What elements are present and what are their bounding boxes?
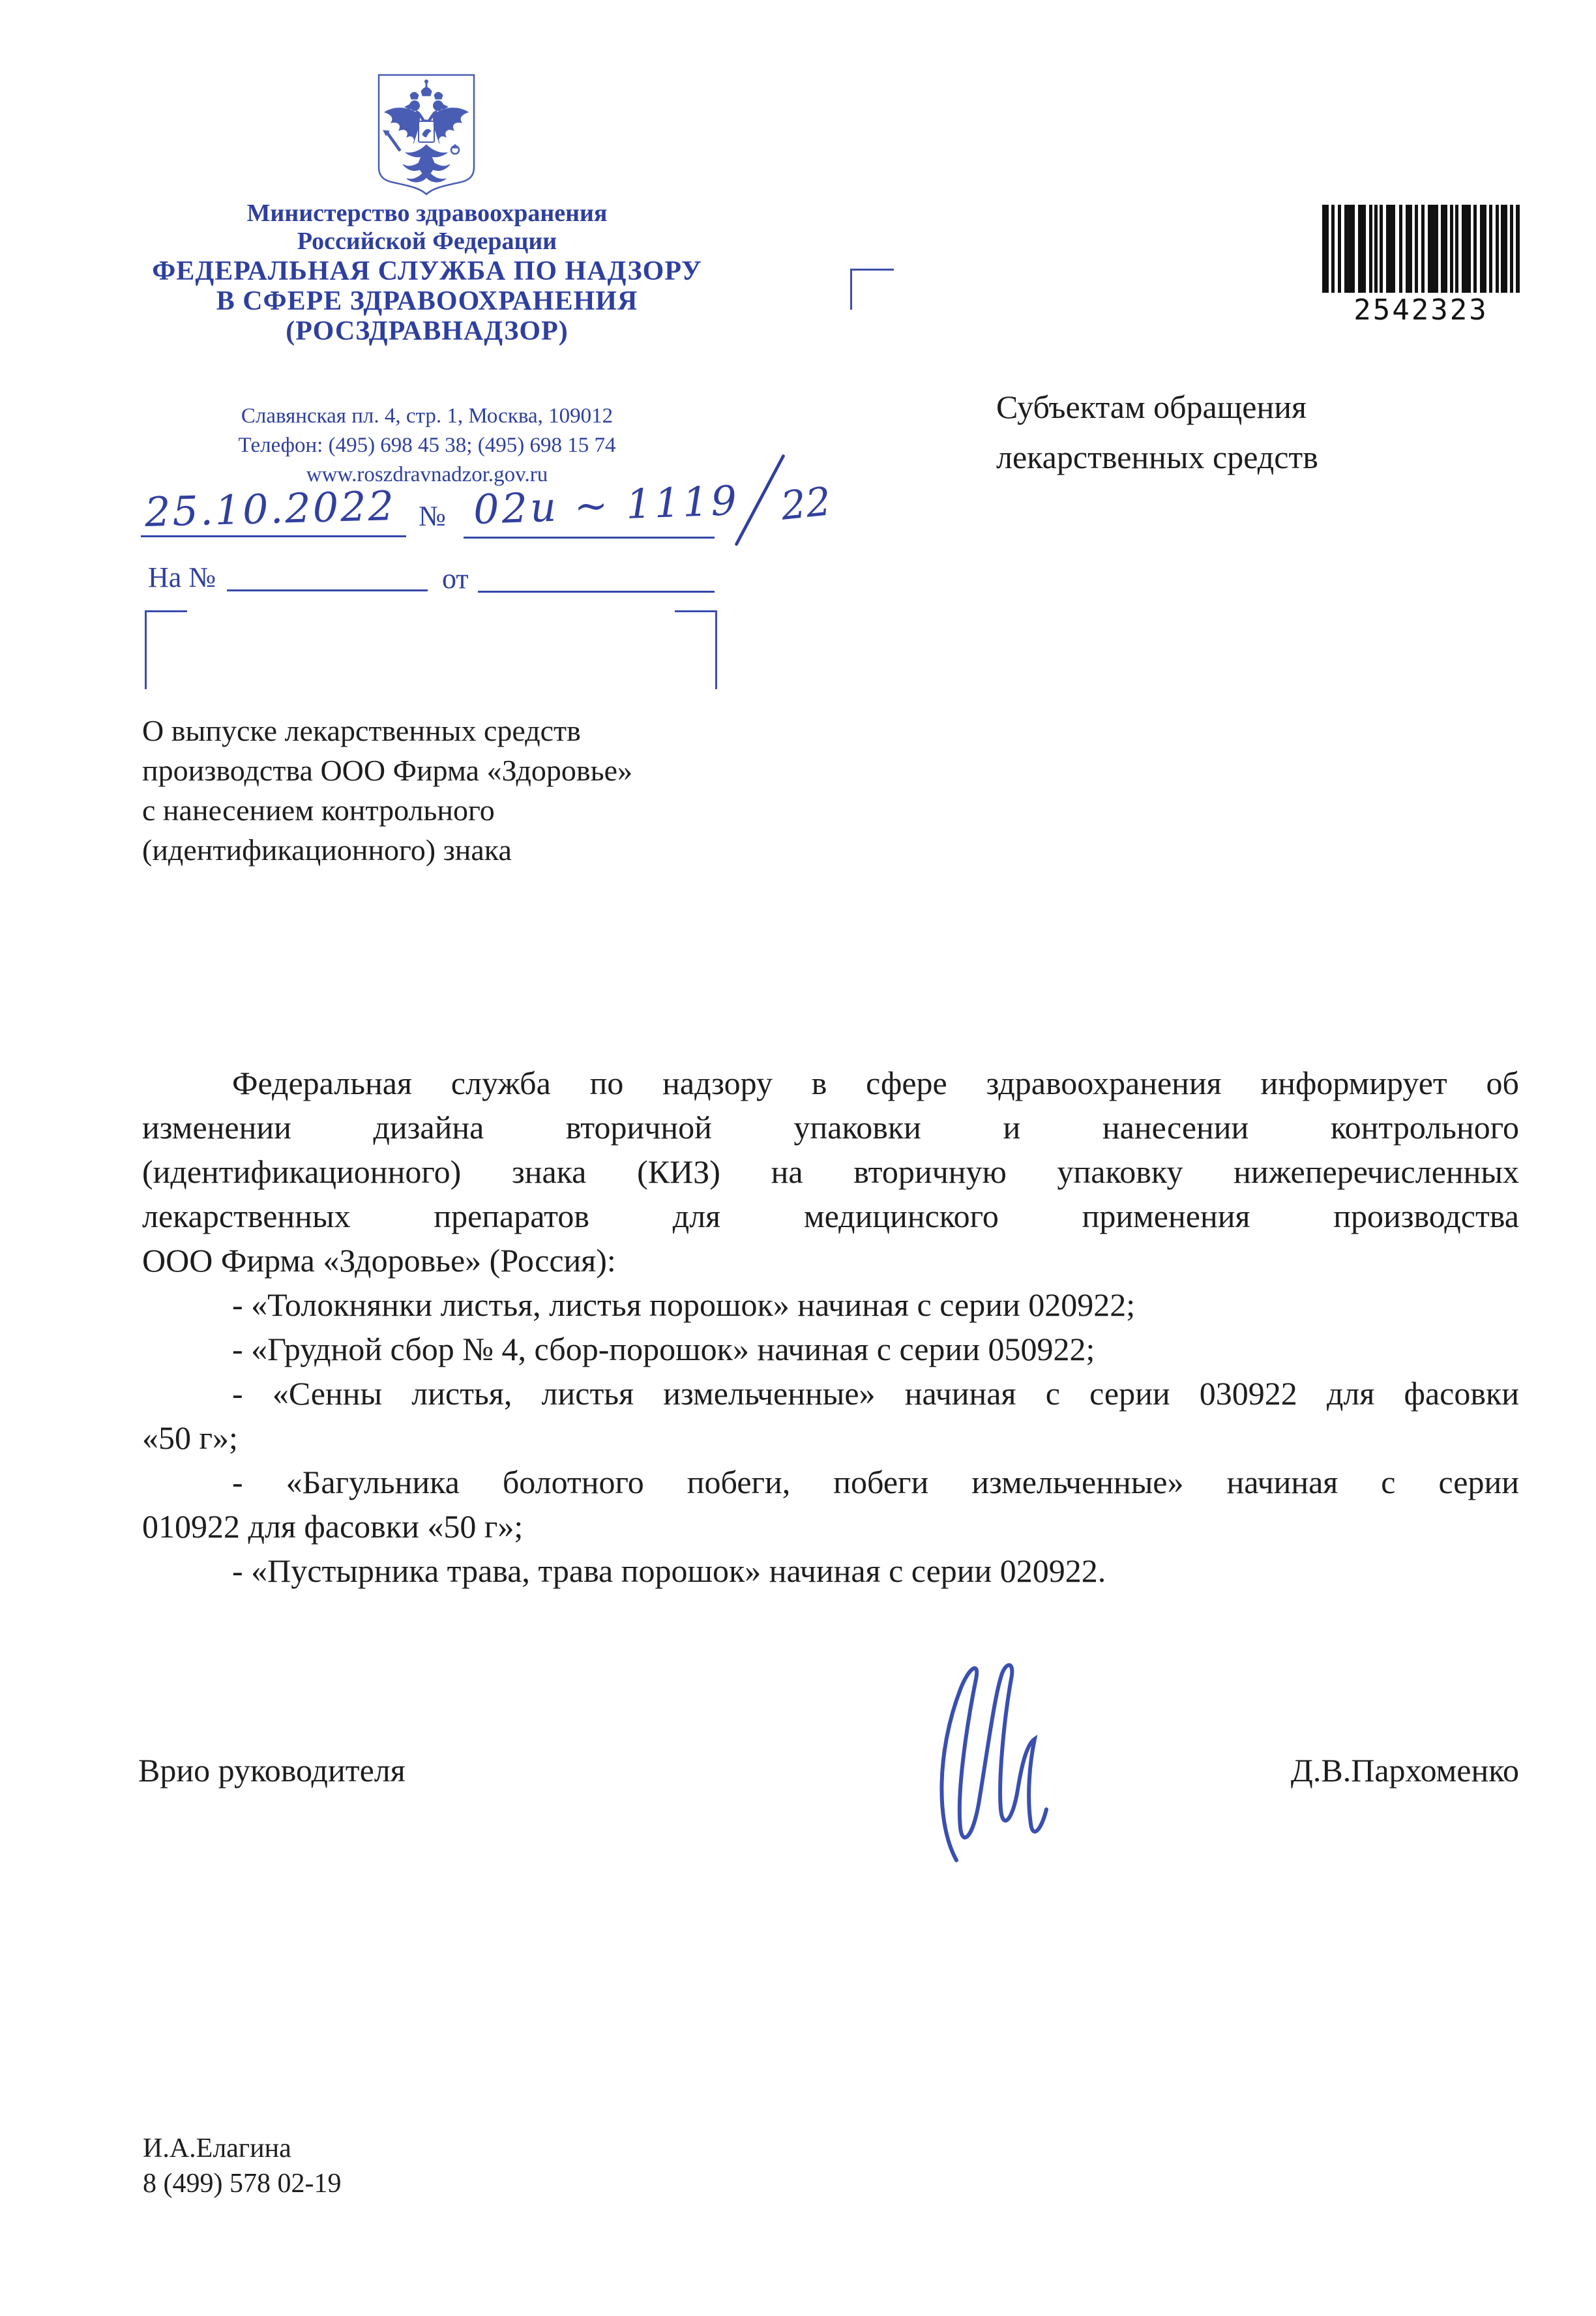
address-zone-corner-right (675, 610, 717, 689)
subject-line: производства ООО Фирма «Здоровье» (142, 750, 632, 790)
body-line: (идентификационного) знака (КИЗ) на втор… (142, 1153, 1519, 1197)
agency-name-line2: В СФЕРЕ ЗДРАВООХРАНЕНИЯ (98, 287, 756, 316)
agency-name-line3: (РОСЗДРАВНАДЗОР) (98, 317, 756, 346)
subject-line: (идентификационного) знака (142, 830, 632, 870)
body-line: изменении дизайна вторичной упаковки и н… (142, 1108, 1519, 1153)
body-line: - «Толокнянки листья, листья порошок» на… (142, 1286, 1519, 1330)
signoff-position-title: Врио руководителя (138, 1751, 406, 1789)
barcode (1322, 205, 1520, 293)
reply-from-label: от (442, 562, 469, 595)
body-line: - «Багульника болотного побеги, побеги и… (142, 1463, 1519, 1507)
barcode-number: 2542323 (1322, 293, 1520, 327)
addressee-block: Субъектам обращения лекарственных средст… (996, 382, 1318, 482)
reply-label: На № (148, 561, 216, 594)
body-line: 010922 для фасовки «50 г»; (142, 1507, 1519, 1552)
body-line: «50 г»; (142, 1419, 1519, 1463)
address-zone-corner-left (145, 610, 187, 689)
number-sign: № (419, 499, 446, 533)
body-line: - «Сенны листья, листья измельченные» на… (142, 1374, 1519, 1419)
body-line: лекарственных препаратов для медицинског… (142, 1197, 1519, 1241)
subject-line: О выпуске лекарственных средств (142, 711, 632, 750)
reply-date-underline (478, 591, 715, 593)
ministry-name-line2: Российской Федерации (98, 228, 756, 256)
reply-number-underline (227, 589, 428, 591)
executor-block: И.А.Елагина 8 (499) 578 02-19 (143, 2131, 341, 2201)
executor-name: И.А.Елагина (143, 2131, 341, 2166)
body-line: - «Грудной сбор № 4, сбор-порошок» начин… (142, 1330, 1519, 1374)
phone-line: Телефон: (495) 698 45 38; (495) 698 15 7… (98, 431, 756, 460)
handwritten-number-suffix: 22 (779, 479, 833, 529)
address-line: Славянская пл. 4, стр. 1, Москва, 109012 (98, 402, 756, 431)
ministry-name-line1: Министерство здравоохранения (98, 200, 756, 228)
handwritten-number: 02и ~ 1119 (473, 477, 740, 533)
signer-name: Д.В.Пархоменко (1291, 1751, 1519, 1789)
agency-name-line1: ФЕДЕРАЛЬНАЯ СЛУЖБА ПО НАДЗОРУ (98, 257, 756, 286)
scanned-letter-page: Министерство здравоохранения Российской … (0, 0, 1596, 2316)
body-line: Федеральная служба по надзору в сфере зд… (142, 1064, 1519, 1108)
addressee-line: лекарственных средств (996, 432, 1318, 482)
date-field-underline (141, 535, 406, 537)
addressee-corner-mark (850, 269, 894, 310)
executor-phone: 8 (499) 578 02-19 (143, 2166, 341, 2201)
subject-line: с нанесением контрольного (142, 790, 632, 830)
body-line: - «Пустырника трава, трава порошок» начи… (142, 1552, 1519, 1596)
handwritten-signature-icon (923, 1653, 1079, 1868)
subject-block: О выпуске лекарственных средств производ… (142, 711, 632, 870)
body-line: ООО Фирма «Здоровье» (Россия): (142, 1241, 1519, 1286)
handwritten-date: 25.10.2022 (144, 482, 396, 536)
number-field-underline (464, 537, 715, 539)
russia-coat-of-arms-icon (374, 72, 479, 197)
addressee-line: Субъектам обращения (996, 382, 1318, 432)
